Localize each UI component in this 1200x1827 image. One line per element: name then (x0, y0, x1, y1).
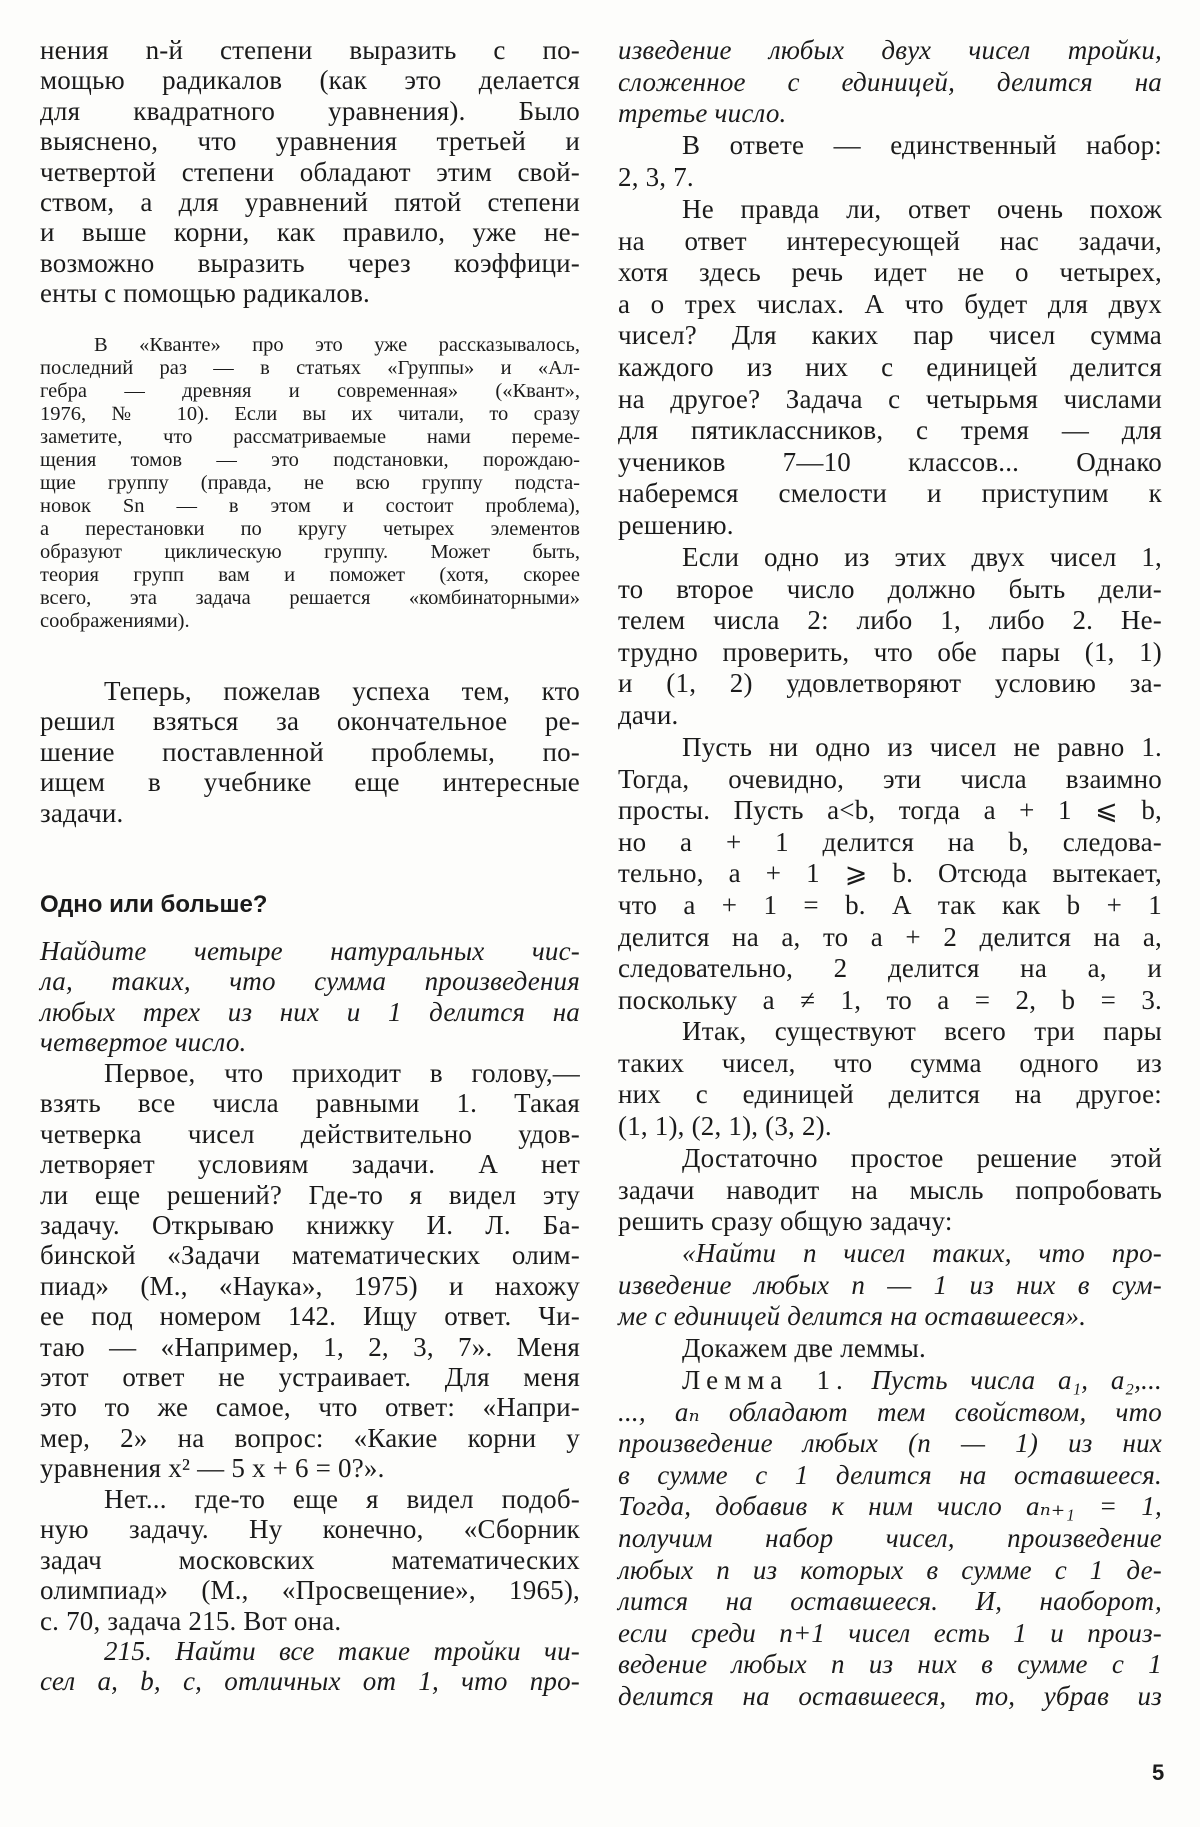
paragraph-found-it: Нет... где-то еще я видел подоб- ную зад… (40, 1484, 580, 1636)
text-line: заметите, что рассматриваемые нами перем… (40, 426, 580, 449)
text-line: этот ответ не устраивает. Для меня (40, 1362, 580, 1392)
text-line: уравнения x² — 5 x + 6 = 0?». (40, 1453, 580, 1483)
problem-statement: Найдите четыре натуральных чис- ла, таки… (40, 936, 580, 1058)
section-heading: Одно или больше? (40, 890, 580, 920)
text-line: щие группу (правда, не всю группу подста… (40, 472, 580, 495)
text-line: них с единицей делится на другое: (618, 1079, 1162, 1111)
text-line: 2, 3, 7. (618, 162, 1162, 194)
problem-215-continued: изведение любых двух чисел тройки, сложе… (618, 35, 1162, 130)
text-line: чисел? Для каких пар чисел сумма (618, 320, 1162, 352)
text-line: ищем в учебнике еще интересные (40, 767, 580, 797)
text-line: в сумме с 1 делится на оставшееся. (618, 1460, 1162, 1492)
lemma-text-start: Пусть числа a₁, a₂,... (871, 1365, 1162, 1395)
text-line: лится на оставшееся. И, наоборот, (618, 1586, 1162, 1618)
text-line: изведение любых двух чисел тройки, (618, 35, 1162, 67)
text-line: таю — «Например, 1, 2, 3, 7». Меня (40, 1332, 580, 1362)
text-line: дачи. (618, 700, 1162, 732)
paragraph-first-idea: Первое, что приходит в голову,— взять вс… (40, 1058, 580, 1483)
paragraph-if-one: Если одно из этих двух чисел 1, то второ… (618, 542, 1162, 732)
text-line: но a + 1 делится на b, следова- (618, 827, 1162, 859)
text-line: любых n из которых в сумме с 1 де- (618, 1555, 1162, 1587)
text-line: на другое? Задача с четырьмя числами (618, 384, 1162, 416)
text-line: для пятиклассников, с тремя — для (618, 415, 1162, 447)
text-line: любых трех из них и 1 делится на (40, 997, 580, 1027)
text-line: четверка чисел действительно удов- (40, 1119, 580, 1149)
kvant-note: В «Кванте» про это уже рассказывалось, п… (40, 334, 580, 633)
text-line: хотя здесь речь идет не о четырех, (618, 257, 1162, 289)
paragraph-wishing-success: Теперь, пожелав успеха тем, кто решил вз… (40, 676, 580, 828)
text-line: четвертой степени обладают этим свой- (40, 157, 580, 187)
text-line: трудно проверить, что обе пары (1, 1) (618, 637, 1162, 669)
text-line: теория групп вам и поможет (хотя, скорее (40, 564, 580, 587)
text-line: на ответ интересующей нас задачи, (618, 226, 1162, 258)
text-line: Достаточно простое решение этой (618, 1143, 1162, 1175)
text-line: шение поставленной проблемы, по- (40, 737, 580, 767)
text-line: изведение любых n — 1 из них в сум- (618, 1270, 1162, 1302)
text-line: выяснено, что уравнения третьей и (40, 126, 580, 156)
text-line: гебра — древняя и современная» («Квант», (40, 380, 580, 403)
text-line: В ответе — единственный набор: (618, 130, 1162, 162)
text-line: решению. (618, 510, 1162, 542)
text-line: Не правда ли, ответ очень похож (618, 194, 1162, 226)
text-line: Итак, существуют всего три пары (618, 1016, 1162, 1048)
text-line: то второе число должно быть дели- (618, 574, 1162, 606)
text-line: Первое, что приходит в голову,— (40, 1058, 580, 1088)
text-line: с. 70, задача 215. Вот она. (40, 1606, 580, 1636)
text-line: задач московских математических (40, 1545, 580, 1575)
paragraph-coprime: Пусть ни одно из чисел не равно 1. Тогда… (618, 732, 1162, 1016)
text-line: ную задачу. Ну конечно, «Сборник (40, 1514, 580, 1544)
paragraph-similar-answer: Не правда ли, ответ очень похож на ответ… (618, 194, 1162, 542)
text-line: ме с единицей делится на оставшееся». (618, 1301, 1162, 1333)
text-line: образуют циклическую группу. Может быть, (40, 541, 580, 564)
text-line: Тогда, очевидно, эти числа взаимно (618, 764, 1162, 796)
paragraph-radicals: нения n-й степени выразить с по- мощью р… (40, 35, 580, 309)
text-line: В «Кванте» про это уже рассказывалось, (40, 334, 580, 357)
text-line: Найдите четыре натуральных чис- (40, 936, 580, 966)
text-line: 215. Найти все такие тройки чи- (40, 1636, 580, 1666)
text-line: всего, эта задача решается «комбинаторны… (40, 587, 580, 610)
text-line: Докажем две леммы. (618, 1333, 1162, 1365)
text-line: ли еще решений? Где-то я видел эту (40, 1180, 580, 1210)
lemma-first-line: Лемма 1. Пусть числа a₁, a₂,... (618, 1365, 1162, 1397)
lemma-label: Лемма 1. (682, 1365, 849, 1395)
text-line: поскольку a ≠ 1, то a = 2, b = 3. (618, 985, 1162, 1017)
text-line: каждого из них с единицей делится (618, 352, 1162, 384)
text-line: возможно выразить через коэффици- (40, 248, 580, 278)
text-line: следовательно, 2 делится на a, и (618, 953, 1162, 985)
text-line: ством, а для уравнений пятой степени (40, 187, 580, 217)
text-line: нения n-й степени выразить с по- (40, 35, 580, 65)
text-line: последний раз — в статьях «Группы» и «Ал… (40, 357, 580, 380)
text-line: ла, таких, что сумма произведения (40, 966, 580, 996)
text-line: решил взяться за окончательное ре- (40, 706, 580, 736)
text-line: Пусть ни одно из чисел не равно 1. (618, 732, 1162, 764)
text-line: а о трех числах. А что будет для двух (618, 289, 1162, 321)
text-line: енты с помощью радикалов. (40, 278, 580, 308)
text-line: для квадратного уравнения). Было (40, 96, 580, 126)
text-line: Теперь, пожелав успеха тем, кто (40, 676, 580, 706)
text-line: мощью радикалов (как это делается (40, 65, 580, 95)
text-line: решить сразу общую задачу: (618, 1206, 1162, 1238)
text-line: четвертое число. (40, 1027, 580, 1057)
text-line: задачи наводит на мысль попробовать (618, 1175, 1162, 1207)
problem-215: 215. Найти все такие тройки чи- сел a, b… (40, 1636, 580, 1697)
text-line: произведение любых (n — 1) из них (618, 1428, 1162, 1460)
text-line: Если одно из этих двух чисел 1, (618, 542, 1162, 574)
text-line: делится на оставшееся, то, убрав из (618, 1681, 1162, 1713)
text-line: «Найти n чисел таких, что про- (618, 1238, 1162, 1270)
text-line: (1, 1), (2, 1), (3, 2). (618, 1111, 1162, 1143)
text-line: и выше корни, как правило, уже не- (40, 217, 580, 247)
text-line: задачу. Открываю книжку И. Л. Ба- (40, 1210, 580, 1240)
text-line: наберемся смелости и приступим к (618, 478, 1162, 510)
text-line: новок Sn — в этом и состоит проблема), (40, 495, 580, 518)
text-line: что a + 1 = b. А так как b + 1 (618, 890, 1162, 922)
text-line: Тогда, добавив к ним число aₙ₊₁ = 1, (618, 1491, 1162, 1523)
text-line: летворяет условиям задачи. А нет (40, 1149, 580, 1179)
text-line: а перестановки по кругу четырех элементо… (40, 518, 580, 541)
text-line: учеников 7—10 классов... Однако (618, 447, 1162, 479)
text-line: Нет... где-то еще я видел подоб- (40, 1484, 580, 1514)
text-line: третье число. (618, 98, 1162, 130)
text-line: ее под номером 142. Ищу ответ. Чи- (40, 1301, 580, 1331)
text-line: 1976, № 10). Если вы их читали, то сразу (40, 403, 580, 426)
text-line: просты. Пусть a<b, тогда a + 1 ⩽ b, (618, 795, 1162, 827)
page-number: 5 (1152, 1760, 1164, 1786)
text-line: олимпиад» (М., «Просвещение», 1965), (40, 1575, 580, 1605)
general-problem-quote: «Найти n чисел таких, что про- изведение… (618, 1238, 1162, 1333)
text-line: и (1, 2) удовлетворяют условию за- (618, 668, 1162, 700)
text-line: пиад» (М., «Наука», 1975) и нахожу (40, 1271, 580, 1301)
text-line: получим набор чисел, произведение (618, 1523, 1162, 1555)
text-line: взять все числа равными 1. Такая (40, 1088, 580, 1118)
text-line: ..., aₙ обладают тем свойством, что (618, 1397, 1162, 1429)
paragraph-answer: В ответе — единственный набор: 2, 3, 7. (618, 130, 1162, 193)
paragraph-two-lemmas: Докажем две леммы. (618, 1333, 1162, 1365)
text-line: соображениями). (40, 610, 580, 633)
paragraph-general-problem: Достаточно простое решение этой задачи н… (618, 1143, 1162, 1238)
text-line: тельно, a + 1 ⩾ b. Отсюда вытекает, (618, 858, 1162, 890)
text-line: задачи. (40, 798, 580, 828)
text-line: это то же самое, что ответ: «Напри- (40, 1392, 580, 1422)
text-line: делится на a, то a + 2 делится на a, (618, 922, 1162, 954)
text-line: мер, 2» на вопрос: «Какие корни у (40, 1423, 580, 1453)
text-line: если среди n+1 чисел есть 1 и произ- (618, 1618, 1162, 1650)
text-line: таких чисел, что сумма одного из (618, 1048, 1162, 1080)
lemma-1: Лемма 1. Пусть числа a₁, a₂,... ..., aₙ … (618, 1365, 1162, 1713)
text-line: телем числа 2: либо 1, либо 2. Не- (618, 605, 1162, 637)
text-line: щения томов — это подстановки, порождаю- (40, 449, 580, 472)
paragraph-three-pairs: Итак, существуют всего три пары таких чи… (618, 1016, 1162, 1142)
text-line: сел a, b, c, отличных от 1, что про- (40, 1666, 580, 1696)
text-line: сложенное с единицей, делится на (618, 67, 1162, 99)
text-line: бинской «Задачи математических олим- (40, 1240, 580, 1270)
text-line: ведение любых n из них в сумме с 1 (618, 1649, 1162, 1681)
